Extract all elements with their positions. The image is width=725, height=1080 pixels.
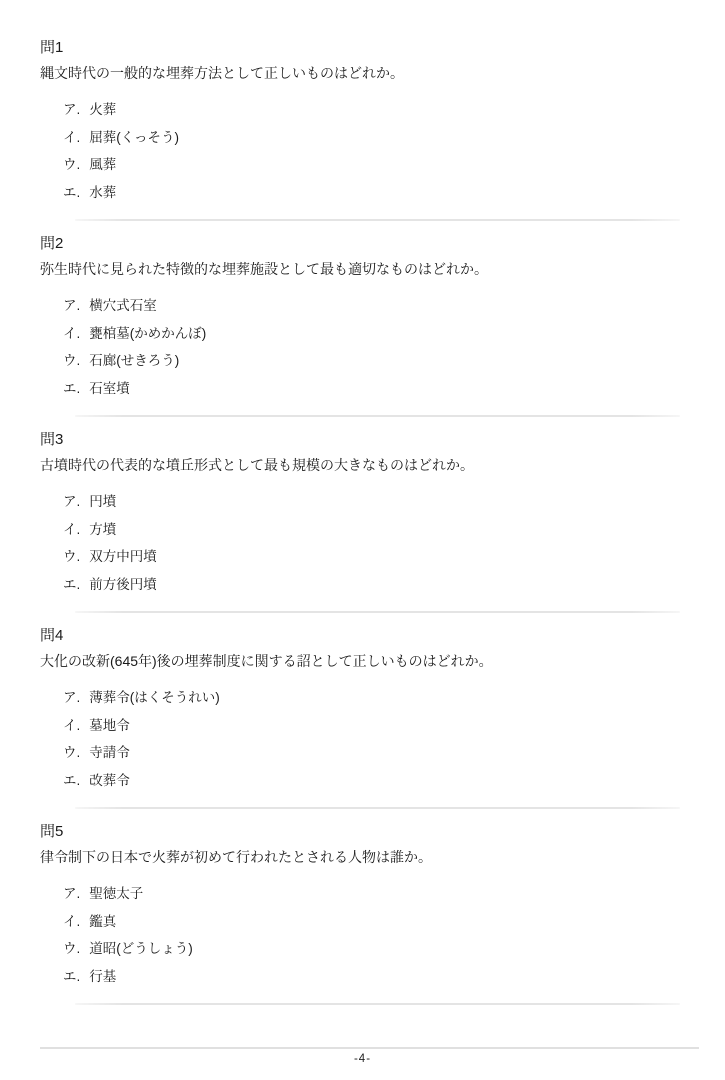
question-separator [75, 1003, 680, 1005]
option-text: 方墳 [89, 522, 116, 537]
option-row-i: イ.墓地令 [40, 712, 683, 740]
option-text: 双方中円墳 [89, 549, 157, 564]
question-number: 問2 [40, 234, 683, 253]
option-text: 聖徳太子 [89, 886, 143, 901]
option-marker: ア. [63, 488, 80, 516]
option-marker: エ. [63, 179, 80, 207]
option-marker: イ. [63, 516, 80, 544]
option-marker: ウ. [63, 543, 80, 571]
page-number: -4- [0, 1053, 725, 1065]
question-text: 大化の改新(645年)後の埋葬制度に関する詔として正しいものはどれか。 [40, 652, 683, 671]
question-separator [75, 807, 680, 809]
option-row-u: ウ.双方中円墳 [40, 543, 683, 571]
option-row-u: ウ.道昭(どうしょう) [40, 935, 683, 963]
options-list: ア.円墳 イ.方墳 ウ.双方中円墳 エ.前方後円墳 [40, 488, 683, 598]
question-separator [75, 611, 680, 613]
option-marker: エ. [63, 963, 80, 991]
question-block-4: 問4 大化の改新(645年)後の埋葬制度に関する詔として正しいものはどれか。 ア… [40, 626, 683, 794]
option-row-u: ウ.寺請令 [40, 739, 683, 767]
option-row-a: ア.横穴式石室 [40, 292, 683, 320]
question-block-2: 問2 弥生時代に見られた特徴的な埋葬施設として最も適切なものはどれか。 ア.横穴… [40, 234, 683, 402]
question-separator [75, 219, 680, 221]
option-marker: ウ. [63, 739, 80, 767]
option-text: 円墳 [89, 494, 116, 509]
option-text: 墓地令 [89, 718, 130, 733]
question-text: 弥生時代に見られた特徴的な埋葬施設として最も適切なものはどれか。 [40, 260, 683, 279]
option-row-e: エ.改葬令 [40, 767, 683, 795]
question-number: 問1 [40, 38, 683, 57]
option-text: 石廊(せきろう) [89, 353, 179, 368]
question-text: 古墳時代の代表的な墳丘形式として最も規模の大きなものはどれか。 [40, 456, 683, 475]
option-row-i: イ.屈葬(くっそう) [40, 124, 683, 152]
option-marker: ウ. [63, 347, 80, 375]
option-marker: イ. [63, 124, 80, 152]
option-row-a: ア.円墳 [40, 488, 683, 516]
footer-divider [40, 1047, 699, 1049]
exam-content: 問1 縄文時代の一般的な埋葬方法として正しいものはどれか。 ア.火葬 イ.屈葬(… [0, 0, 725, 1005]
option-text: 薄葬令(はくそうれい) [89, 690, 220, 705]
question-text: 律令制下の日本で火葬が初めて行われたとされる人物は誰か。 [40, 848, 683, 867]
option-row-u: ウ.風葬 [40, 151, 683, 179]
option-row-a: ア.薄葬令(はくそうれい) [40, 684, 683, 712]
option-row-u: ウ.石廊(せきろう) [40, 347, 683, 375]
option-marker: エ. [63, 767, 80, 795]
question-block-3: 問3 古墳時代の代表的な墳丘形式として最も規模の大きなものはどれか。 ア.円墳 … [40, 430, 683, 598]
option-text: 水葬 [89, 185, 116, 200]
option-marker: ウ. [63, 151, 80, 179]
question-separator [75, 415, 680, 417]
option-row-i: イ.鑑真 [40, 908, 683, 936]
option-row-e: エ.石室墳 [40, 375, 683, 403]
option-marker: ア. [63, 684, 80, 712]
option-text: 甕棺墓(かめかんぼ) [89, 326, 206, 341]
option-marker: イ. [63, 908, 80, 936]
question-block-1: 問1 縄文時代の一般的な埋葬方法として正しいものはどれか。 ア.火葬 イ.屈葬(… [40, 38, 683, 206]
option-row-e: エ.行基 [40, 963, 683, 991]
question-number: 問5 [40, 822, 683, 841]
exam-page: 問1 縄文時代の一般的な埋葬方法として正しいものはどれか。 ア.火葬 イ.屈葬(… [0, 0, 725, 1080]
option-marker: イ. [63, 712, 80, 740]
option-text: 石室墳 [89, 381, 130, 396]
option-row-e: エ.前方後円墳 [40, 571, 683, 599]
question-number: 問4 [40, 626, 683, 645]
options-list: ア.横穴式石室 イ.甕棺墓(かめかんぼ) ウ.石廊(せきろう) エ.石室墳 [40, 292, 683, 402]
option-text: 道昭(どうしょう) [89, 941, 193, 956]
option-marker: ア. [63, 96, 80, 124]
option-text: 前方後円墳 [89, 577, 157, 592]
option-row-a: ア.火葬 [40, 96, 683, 124]
option-marker: ウ. [63, 935, 80, 963]
options-list: ア.聖徳太子 イ.鑑真 ウ.道昭(どうしょう) エ.行基 [40, 880, 683, 990]
question-text: 縄文時代の一般的な埋葬方法として正しいものはどれか。 [40, 64, 683, 83]
option-row-i: イ.甕棺墓(かめかんぼ) [40, 320, 683, 348]
option-text: 寺請令 [89, 745, 130, 760]
option-row-e: エ.水葬 [40, 179, 683, 207]
option-marker: イ. [63, 320, 80, 348]
options-list: ア.薄葬令(はくそうれい) イ.墓地令 ウ.寺請令 エ.改葬令 [40, 684, 683, 794]
option-text: 鑑真 [89, 914, 116, 929]
option-marker: ア. [63, 880, 80, 908]
options-list: ア.火葬 イ.屈葬(くっそう) ウ.風葬 エ.水葬 [40, 96, 683, 206]
question-block-5: 問5 律令制下の日本で火葬が初めて行われたとされる人物は誰か。 ア.聖徳太子 イ… [40, 822, 683, 990]
option-text: 行基 [89, 969, 116, 984]
option-text: 屈葬(くっそう) [89, 130, 179, 145]
question-number: 問3 [40, 430, 683, 449]
option-text: 横穴式石室 [89, 298, 157, 313]
option-text: 火葬 [89, 102, 116, 117]
option-marker: ア. [63, 292, 80, 320]
option-marker: エ. [63, 571, 80, 599]
option-row-a: ア.聖徳太子 [40, 880, 683, 908]
option-row-i: イ.方墳 [40, 516, 683, 544]
option-text: 風葬 [89, 157, 116, 172]
option-text: 改葬令 [89, 773, 130, 788]
option-marker: エ. [63, 375, 80, 403]
